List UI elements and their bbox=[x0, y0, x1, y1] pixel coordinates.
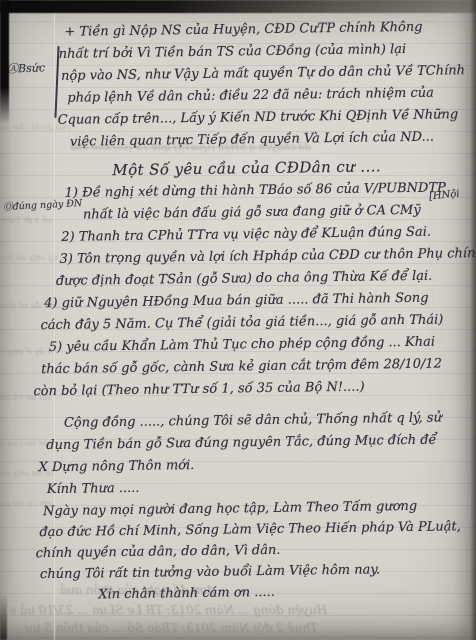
requests-list: 1) Đề nghị xét dừng thi hành TBáo số 86 … bbox=[61, 177, 476, 403]
photo-edge-bottom-left bbox=[0, 594, 7, 640]
commitment-paragraph: Cộng đồng ....., chúng Tôi sẽ dân chủ, T… bbox=[64, 407, 476, 479]
handwritten-line: việc liên quan trực Tiếp đến quyền Và Lợ… bbox=[70, 126, 476, 154]
opening-paragraph: + Tiền gì Nộp NS của Huyện, CĐD CưTP chí… bbox=[58, 16, 476, 154]
photo-of-handwritten-letter: { "colors": { "paper": "#d8d5cf", "ink":… bbox=[0, 0, 476, 640]
photo-edge-left bbox=[0, 0, 9, 125]
photo-edge-right bbox=[470, 0, 476, 640]
letter-paper: đã chuyển q SHận (QuảTả) qua TS (số) cho… bbox=[0, 0, 476, 640]
margin-note: ⒶBsức bbox=[7, 59, 46, 76]
closing-paragraph: Ngày nay mọi người đang học tập, Làm The… bbox=[65, 495, 476, 585]
photo-edge-top bbox=[0, 0, 476, 13]
letter-body: + Tiền gì Nộp NS của Huyện, CĐD CưTP chí… bbox=[0, 0, 476, 608]
thanks-line: Xin chân thành cám ơn ..... bbox=[98, 579, 476, 606]
bleedthrough-text: Thuê 2 đội Năm 2013: TBáo Số ... của thô… bbox=[25, 622, 318, 634]
